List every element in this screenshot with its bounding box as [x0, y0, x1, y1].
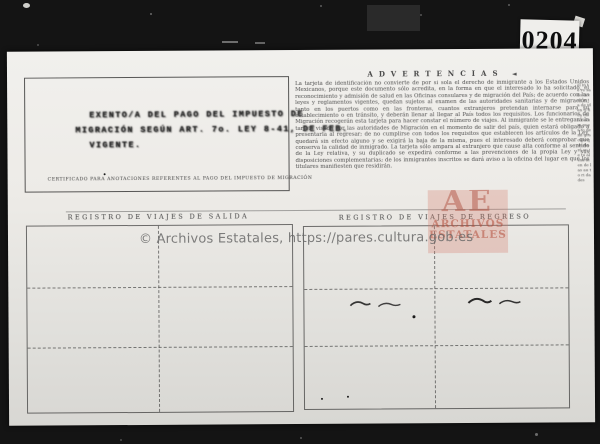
- departure-trips-table: [26, 224, 294, 414]
- advertencias-title: ADVERTENCIAS ◄: [295, 68, 589, 79]
- ink-spot: [347, 396, 349, 398]
- film-speck: [150, 13, 152, 15]
- stamp-box: EXENTO/A DEL PAGO DEL IMPUESTO DE MIGRAC…: [24, 76, 290, 193]
- ae-logo-initials: AE: [428, 190, 508, 219]
- film-speck: [23, 3, 30, 8]
- film-smudge: [367, 5, 420, 31]
- handwritten-check-mark: [466, 295, 522, 309]
- scanned-document: EXENTO/A DEL PAGO DEL IMPUESTO DE MIGRAC…: [7, 48, 595, 426]
- film-speck: [300, 437, 302, 439]
- copyright-watermark: © Archivos Estatales, https://pares.cult…: [139, 230, 473, 247]
- film-speck: [37, 44, 39, 46]
- film-speck: [420, 14, 422, 16]
- departure-table-title: REGISTRO DE VIAJES DE SALIDA: [26, 212, 291, 222]
- film-speck: [535, 433, 538, 436]
- table-row-divider: [27, 286, 292, 289]
- table-row-divider: [305, 344, 569, 347]
- adjacent-page-edge-text: el in te re sa do la tar je ta de iden t…: [577, 82, 592, 204]
- advertencias-title-text: ADVERTENCIAS: [367, 69, 503, 79]
- table-column-divider: [158, 226, 160, 412]
- film-speck: [508, 4, 510, 6]
- film-speck: [320, 5, 322, 7]
- ink-spot: [412, 315, 415, 318]
- ink-spot: [321, 398, 323, 400]
- table-column-divider: [434, 226, 436, 408]
- film-smudge: [255, 42, 265, 44]
- table-row-divider: [304, 287, 568, 290]
- film-speck: [120, 439, 122, 441]
- handwritten-check-mark: [348, 297, 402, 311]
- exemption-stamp-line-3: VIGENTE.: [89, 140, 141, 150]
- exemption-stamp-line-1: EXENTO/A DEL PAGO DEL IMPUESTO DE: [89, 109, 304, 120]
- table-row-divider: [28, 346, 293, 349]
- advertencias-arrow-icon: ◄: [512, 71, 517, 78]
- film-smudge: [222, 41, 238, 43]
- ink-spot: [104, 173, 106, 175]
